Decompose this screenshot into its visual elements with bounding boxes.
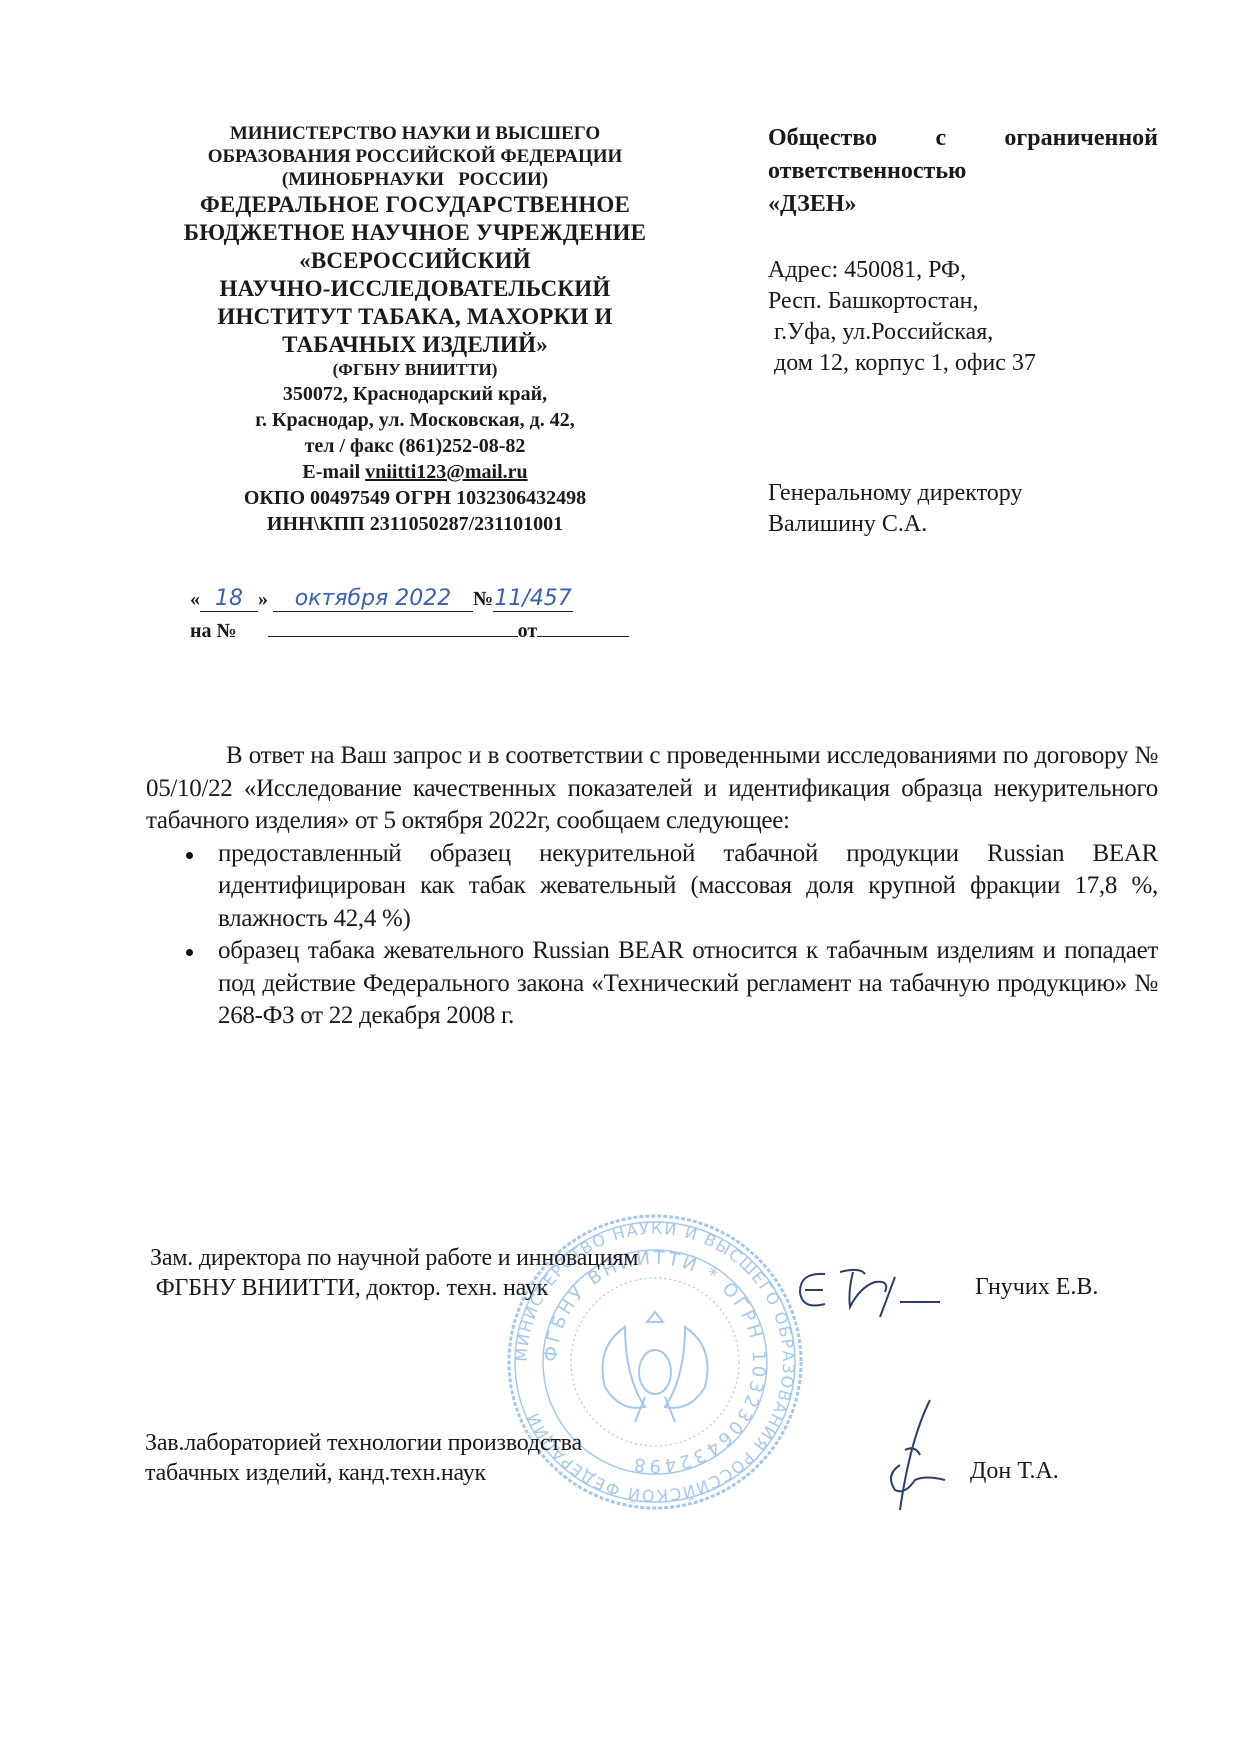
handwritten-signature-icon [785, 1262, 955, 1322]
address-line: г.Уфа, ул.Российская, [768, 317, 1158, 348]
outgoing-date-row: «18» октября 2022№11/457 [190, 586, 573, 612]
findings-list: предоставленный образец некурительной та… [146, 838, 1158, 1033]
recipient-org: Общество с ограниченной ответственностью… [768, 122, 1158, 221]
address-line: Адрес: 450081, РФ, [768, 255, 1158, 286]
from-label: от [518, 620, 538, 642]
handwritten-day: 18 [200, 586, 258, 612]
org-name: «ДЗЕН» [768, 188, 1158, 221]
address-line: дом 12, корпус 1, офис 37 [768, 348, 1158, 379]
inn-kpp: ИНН\КПП 2311050287/231101001 [170, 511, 660, 537]
org-name-line: ФЕДЕРАЛЬНОЕ ГОСУДАРСТВЕННОЕ [170, 191, 660, 219]
ministry-line: ОБРАЗОВАНИЯ РОССИЙСКОЙ ФЕДЕРАЦИИ [170, 145, 660, 168]
addressee: Генеральному директору Валишину С.А. [768, 478, 1022, 540]
signatory-position: ФГБНУ ВНИИТТИ, доктор. техн. наук [150, 1273, 638, 1303]
sender-letterhead: МИНИСТЕРСТВО НАУКИ И ВЫСШЕГО ОБРАЗОВАНИЯ… [170, 122, 660, 537]
org-name-line: НАУЧНО-ИССЛЕДОВАТЕЛЬСКИЙ [170, 275, 660, 303]
org-name-line: ИНСТИТУТ ТАБАКА, МАХОРКИ И [170, 303, 660, 331]
ref-label: на № [190, 620, 237, 642]
signatory-name-2: Дон Т.А. [970, 1458, 1059, 1485]
sender-email-row: E-mail vniitti123@mail.ru [170, 459, 660, 485]
email-link[interactable]: vniitti123@mail.ru [365, 461, 528, 483]
org-short: (ФГБНУ ВНИИТТИ) [170, 359, 660, 381]
signature-title-1: Зам. директора по научной работе и иннов… [150, 1243, 638, 1303]
org-line: ответственностью [768, 155, 1158, 188]
list-item-text: предоставленный образец некурительной та… [218, 840, 1158, 932]
address-line: Респ. Башкортостан, [768, 286, 1158, 317]
recipient-address: Адрес: 450081, РФ, Респ. Башкортостан, г… [768, 255, 1158, 379]
intro-paragraph: В ответ на Ваш запрос и в соответствии с… [146, 740, 1158, 838]
list-item: предоставленный образец некурительной та… [146, 838, 1158, 936]
org-name-line: БЮДЖЕТНОЕ НАУЧНОЕ УЧРЕЖДЕНИЕ [170, 219, 660, 247]
sender-address: 350072, Краснодарский край, [170, 381, 660, 407]
ref-number-blank [268, 618, 518, 637]
ref-date-blank [537, 618, 629, 637]
signatory-position: Зам. директора по научной работе и иннов… [150, 1243, 638, 1273]
signatory-position: Зав.лабораторией технологии производства [145, 1428, 582, 1458]
bullet-icon [186, 949, 193, 956]
list-item-text: образец табака жевательного Russian BEAR… [218, 937, 1158, 1029]
org-word: с [935, 122, 946, 155]
number-label: № [473, 588, 493, 610]
org-name-line: «ВСЕРОССИЙСКИЙ [170, 247, 660, 275]
ministry-short: (МИНОБРНАУКИ РОССИИ) [170, 168, 660, 191]
signatory-name-1: Гнучих Е.В. [975, 1274, 1098, 1301]
ministry-line: МИНИСТЕРСТВО НАУКИ И ВЫСШЕГО [170, 122, 660, 145]
org-name-line: ТАБАЧНЫХ ИЗДЕЛИЙ» [170, 331, 660, 359]
sender-phone: тел / факс (861)252-08-82 [170, 433, 660, 459]
recipient-block: Общество с ограниченной ответственностью… [768, 122, 1158, 379]
addressee-name: Валишину С.А. [768, 509, 1022, 540]
letter-body: В ответ на Ваш запрос и в соответствии с… [146, 740, 1158, 1033]
signature-title-2: Зав.лабораторией технологии производства… [145, 1428, 582, 1488]
handwritten-signature-icon [870, 1395, 950, 1515]
reference-row: на № от [190, 618, 629, 643]
bullet-icon [186, 852, 193, 859]
org-word: ограниченной [1004, 122, 1158, 155]
quote-open: « [190, 588, 200, 610]
sender-address: г. Краснодар, ул. Московская, д. 42, [170, 407, 660, 433]
handwritten-month-year: октября 2022 [273, 586, 473, 612]
handwritten-number: 11/457 [493, 586, 573, 612]
quote-close: » [258, 588, 268, 610]
email-label: E-mail [302, 461, 365, 483]
list-item: образец табака жевательного Russian BEAR… [146, 935, 1158, 1033]
org-word: Общество [768, 122, 877, 155]
addressee-title: Генеральному директору [768, 478, 1022, 509]
signatory-position: табачных изделий, канд.техн.наук [145, 1458, 582, 1488]
okpo-ogrn: ОКПО 00497549 ОГРН 1032306432498 [170, 485, 660, 511]
